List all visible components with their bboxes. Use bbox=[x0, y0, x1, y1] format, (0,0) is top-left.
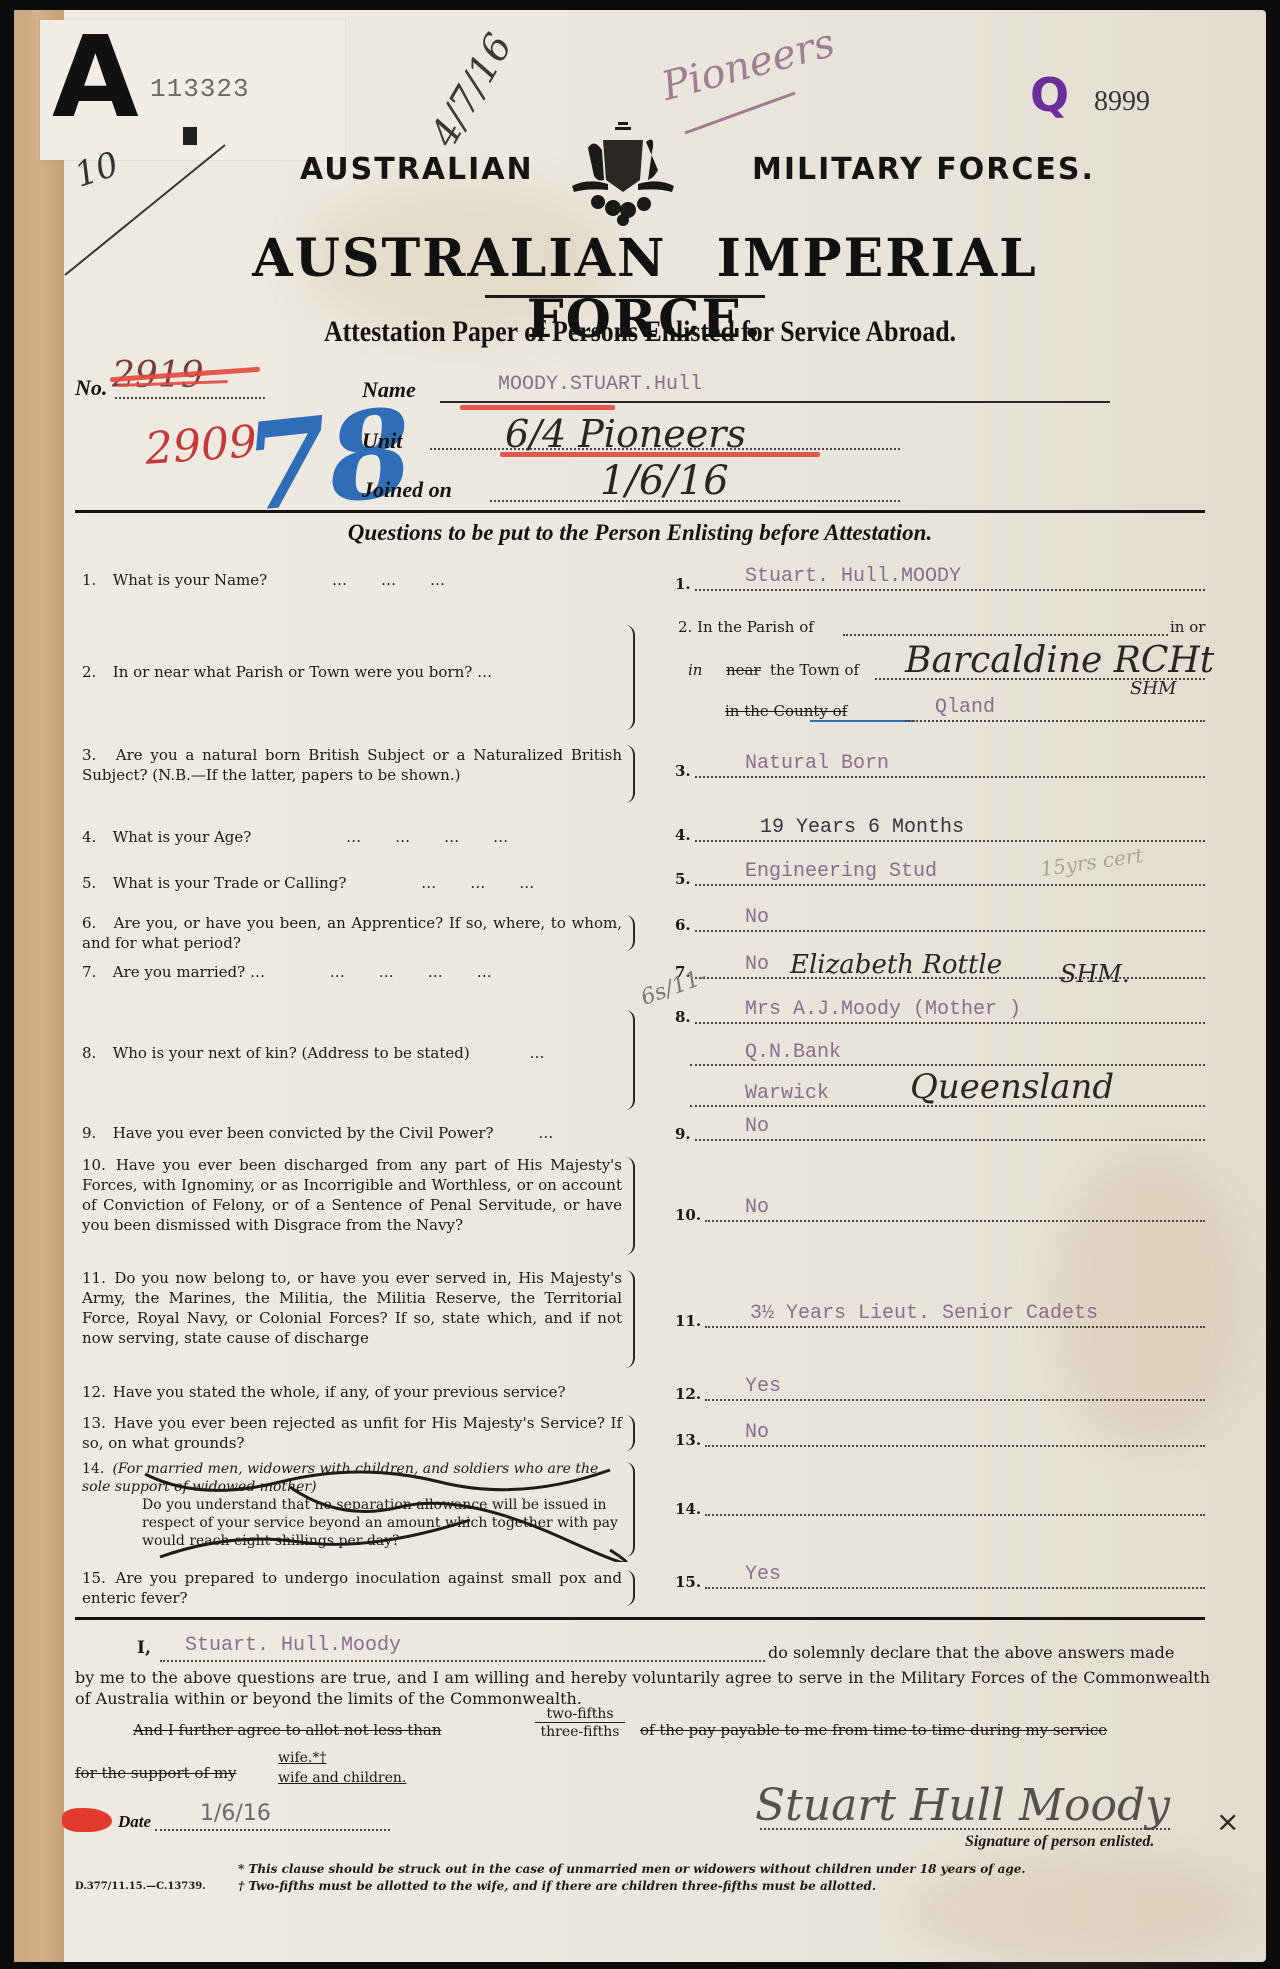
declaration-pronoun: I, bbox=[137, 1638, 151, 1658]
fraction-bar bbox=[535, 1722, 625, 1723]
birthplace-in-or: in or bbox=[1170, 618, 1205, 636]
signature-line bbox=[760, 1828, 1170, 1830]
footnote-asterisk: * This clause should be struck out in th… bbox=[238, 1862, 1026, 1876]
answer-4: 4.19 Years 6 Months bbox=[675, 818, 1205, 844]
answer-11: 11.3½ Years Lieut. Senior Cadets bbox=[675, 1304, 1205, 1330]
header-military-forces: MILITARY FORCES. bbox=[752, 152, 1095, 187]
birthplace-town-label: the Town of bbox=[770, 661, 859, 679]
parish-field-line bbox=[843, 634, 1168, 636]
blue-pencil-annotation: 78 bbox=[238, 382, 419, 540]
declaration-text-2: by me to the above questions are true, a… bbox=[75, 1667, 1210, 1709]
signature-caption: Signature of person enlisted. bbox=[965, 1833, 1154, 1851]
question-2: 2. In or near what Parish or Town were y… bbox=[82, 662, 622, 682]
question-3: 3. Are you a natural born British Subjec… bbox=[82, 745, 622, 785]
question-6: 6. Are you, or have you been, an Apprent… bbox=[82, 913, 622, 953]
answer-8-line2: Q.N.Bank bbox=[690, 1042, 1205, 1066]
question-5: 5. What is your Trade or Calling? ……… bbox=[82, 873, 622, 893]
support-option-wife-children: wife and children. bbox=[278, 1770, 406, 1786]
blue-strike-mark bbox=[810, 720, 915, 722]
next-of-kin-initials: SHM. bbox=[1060, 960, 1130, 988]
question-14-brace bbox=[625, 1462, 635, 1557]
date-label: Date bbox=[118, 1812, 151, 1832]
answer-9: 9.No bbox=[675, 1117, 1205, 1143]
answer-12: 12.Yes bbox=[675, 1377, 1205, 1403]
birthplace-county-value: Qland bbox=[935, 696, 995, 719]
birthplace-in-inserted: in bbox=[688, 661, 702, 679]
name-value: MOODY.STUART.Hull bbox=[498, 373, 702, 396]
allotment-clause-struck-1: And I further agree to allot not less th… bbox=[133, 1721, 442, 1739]
question-8-brace bbox=[625, 1010, 635, 1110]
question-10-brace bbox=[625, 1157, 635, 1255]
unit-field-line bbox=[430, 448, 900, 450]
state-stamp-letter: Q bbox=[1030, 68, 1069, 122]
question-4: 4. What is your Age? ………… bbox=[82, 827, 622, 847]
question-10: 10. Have you ever been discharged from a… bbox=[82, 1155, 622, 1235]
date-value: 1/6/16 bbox=[200, 1801, 271, 1826]
question-7: 7. Are you married? … ………… bbox=[82, 962, 622, 982]
declaration-text-1: do solemnly declare that the above answe… bbox=[768, 1643, 1174, 1662]
declaration-name: Stuart. Hull.Moody bbox=[185, 1634, 401, 1657]
question-13-brace bbox=[625, 1415, 635, 1451]
answer-3: 3.Natural Born bbox=[675, 754, 1205, 780]
allotment-clause-struck-2: of the pay payable to me from time to ti… bbox=[640, 1721, 1210, 1739]
handwritten-married-note: Elizabeth Rottle bbox=[790, 950, 1002, 980]
paper-stain bbox=[1050, 1150, 1250, 1450]
ink-cancel-stroke bbox=[140, 1462, 630, 1562]
question-11-brace bbox=[625, 1270, 635, 1368]
section-divider bbox=[75, 510, 1205, 513]
answer-15: 15.Yes bbox=[675, 1565, 1205, 1591]
declaration-divider bbox=[75, 1617, 1205, 1620]
question-13: 13. Have you ever been rejected as unfit… bbox=[82, 1413, 622, 1453]
answer-6: 6.No bbox=[675, 908, 1205, 934]
answer-10: 10.No bbox=[675, 1198, 1205, 1224]
regimental-number-label: No. bbox=[75, 375, 107, 401]
answer-1: 1.Stuart. Hull.MOODY bbox=[675, 567, 1205, 593]
red-underline-unit bbox=[500, 452, 820, 457]
title-underline bbox=[485, 295, 765, 298]
declaration-name-line bbox=[160, 1660, 765, 1662]
birthplace-near-struck: near bbox=[726, 661, 761, 679]
question-9: 9. Have you ever been convicted by the C… bbox=[82, 1123, 622, 1143]
answer-14: 14. bbox=[675, 1492, 1205, 1518]
question-12: 12. Have you stated the whole, if any, o… bbox=[82, 1382, 622, 1402]
answer-13: 13.No bbox=[675, 1423, 1205, 1449]
question-8: 8. Who is your next of kin? (Address to … bbox=[82, 1043, 622, 1063]
name-label: Name bbox=[362, 377, 416, 403]
question-15: 15. Are you prepared to undergo inoculat… bbox=[82, 1568, 622, 1608]
joined-value: 1/6/16 bbox=[600, 458, 729, 504]
answer-8-line3: Warwick Queensland bbox=[690, 1077, 1205, 1107]
question-1: 1. What is your Name? ……… bbox=[82, 570, 622, 590]
unit-label: Unit bbox=[362, 428, 402, 454]
name-field-line bbox=[440, 401, 1110, 403]
fraction-three-fifths: three-fifths bbox=[535, 1724, 625, 1740]
header-australian: AUSTRALIAN bbox=[300, 152, 534, 187]
question-11: 11. Do you now belong to, or have you ev… bbox=[82, 1268, 622, 1348]
date-field-line bbox=[155, 1829, 390, 1831]
question-2-brace bbox=[625, 625, 635, 730]
document-subtitle: Attestation Paper of Persons Enlisted fo… bbox=[141, 315, 1139, 349]
questions-heading: Questions to be put to the Person Enlist… bbox=[60, 520, 1220, 546]
red-wax-mark bbox=[62, 1808, 112, 1832]
archive-series-letter: A bbox=[52, 22, 139, 134]
fraction-two-fifths: two-fifths bbox=[535, 1706, 625, 1722]
birthplace-town-value: Barcaldine RCHt bbox=[905, 640, 1214, 681]
birthplace-parish-label: 2. In the Parish of bbox=[678, 618, 814, 636]
support-clause-struck: for the support of my bbox=[75, 1764, 236, 1782]
birthplace-county-label-struck: in the County of bbox=[725, 702, 847, 720]
question-6-brace bbox=[625, 915, 635, 951]
state-stamp-number: 8999 bbox=[1094, 86, 1150, 118]
x-mark: × bbox=[1216, 1805, 1239, 1838]
county-field-line bbox=[905, 720, 1205, 722]
joined-label: Joined on bbox=[362, 477, 452, 503]
joined-field-line bbox=[490, 500, 900, 502]
binding-tape bbox=[14, 10, 64, 1962]
coat-of-arms-icon bbox=[568, 118, 678, 228]
footnote-dagger: † Two-fifths must be allotted to the wif… bbox=[238, 1879, 876, 1893]
enlistee-signature: Stuart Hull Moody bbox=[755, 1780, 1170, 1831]
pencil-underline-stroke bbox=[680, 88, 800, 138]
support-option-wife: wife.*† bbox=[278, 1750, 326, 1766]
archive-serial-number: 113323 bbox=[150, 74, 250, 104]
question-15-brace bbox=[625, 1570, 635, 1606]
form-code: D.377/11.15.—C.13739. bbox=[75, 1881, 206, 1892]
red-underline-name bbox=[460, 405, 615, 410]
answer-8-line1: 8.Mrs A.J.Moody (Mother ) bbox=[675, 1000, 1205, 1026]
question-3-brace bbox=[625, 745, 635, 803]
birthplace-initials: SHM bbox=[1130, 678, 1176, 699]
